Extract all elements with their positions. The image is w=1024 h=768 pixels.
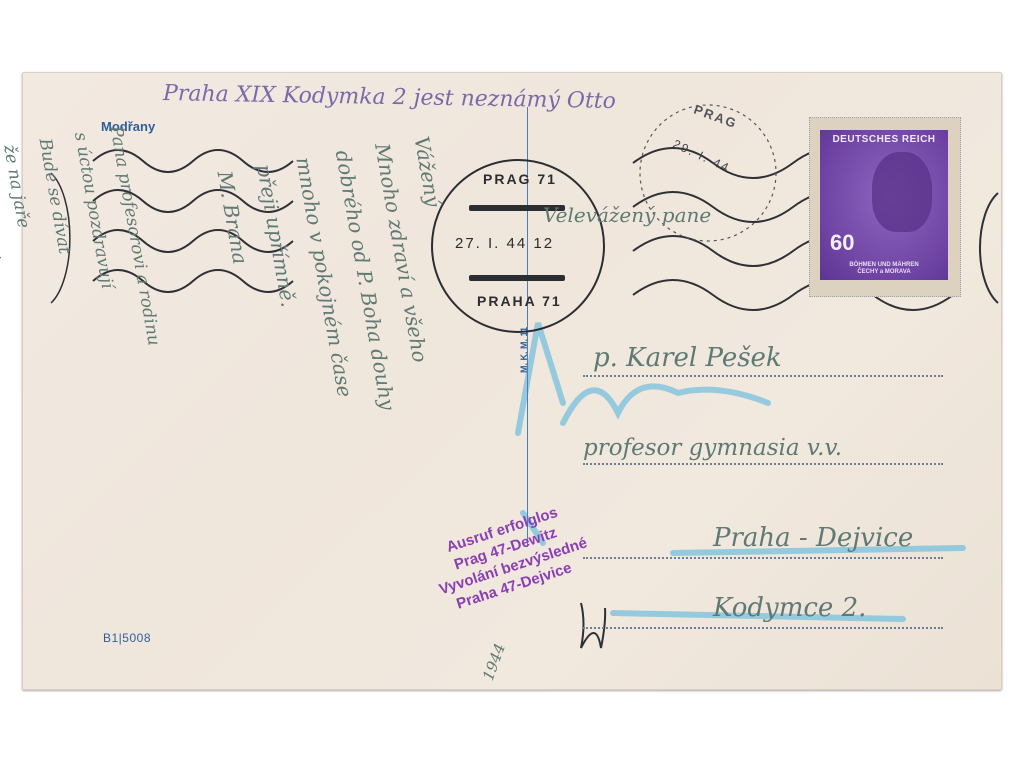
stamp-bottom-line-2: ČECHY a MORAVA (820, 269, 948, 276)
postmark-city-bottom: PRAHA 71 (477, 293, 562, 309)
handwritten-recipient-title: profesor gymnasia v.v. (583, 435, 842, 461)
postmark-city-top: PRAG 71 (483, 171, 557, 187)
stamp-image: DEUTSCHES REICH 60 BÖHMEN UND MÄHREN ČEC… (820, 130, 948, 280)
stamp-bottom-line-1: BÖHMEN UND MÄHREN (820, 262, 948, 269)
handwritten-recipient-name: p. Karel Pešek (593, 343, 782, 373)
handwritten-recipient-street: Kodymce 2. (713, 593, 866, 623)
stamp-bottom-text: BÖHMEN UND MÄHREN ČECHY a MORAVA (820, 262, 948, 276)
handwritten-recipient-city: Praha - Dejvice (713, 523, 913, 553)
postmark-date: 27. I. 44 12 (455, 235, 554, 252)
address-line-3 (583, 557, 943, 559)
handwritten-salutation: Velevážený pane (543, 203, 711, 227)
address-line-1 (583, 375, 943, 377)
postage-stamp: DEUTSCHES REICH 60 BÖHMEN UND MÄHREN ČEC… (809, 117, 961, 297)
vertical-imprint: M. K. M. 11 (519, 327, 529, 373)
postmark-bar-bottom (469, 275, 565, 281)
handwritten-message: Vážený Mnoho zdraví a všeho dobrého od P… (205, 133, 487, 434)
address-line-4 (583, 627, 943, 629)
portrait-silhouette-icon (872, 152, 932, 232)
address-line-2 (583, 463, 943, 465)
stamp-value: 60 (830, 230, 854, 256)
stamp-country: DEUTSCHES REICH (820, 134, 948, 145)
postcard: Modřany B1|5008 M. K. M. 11 DEUTSCHES RE… (22, 72, 1002, 690)
serial-number: B1|5008 (103, 631, 151, 645)
